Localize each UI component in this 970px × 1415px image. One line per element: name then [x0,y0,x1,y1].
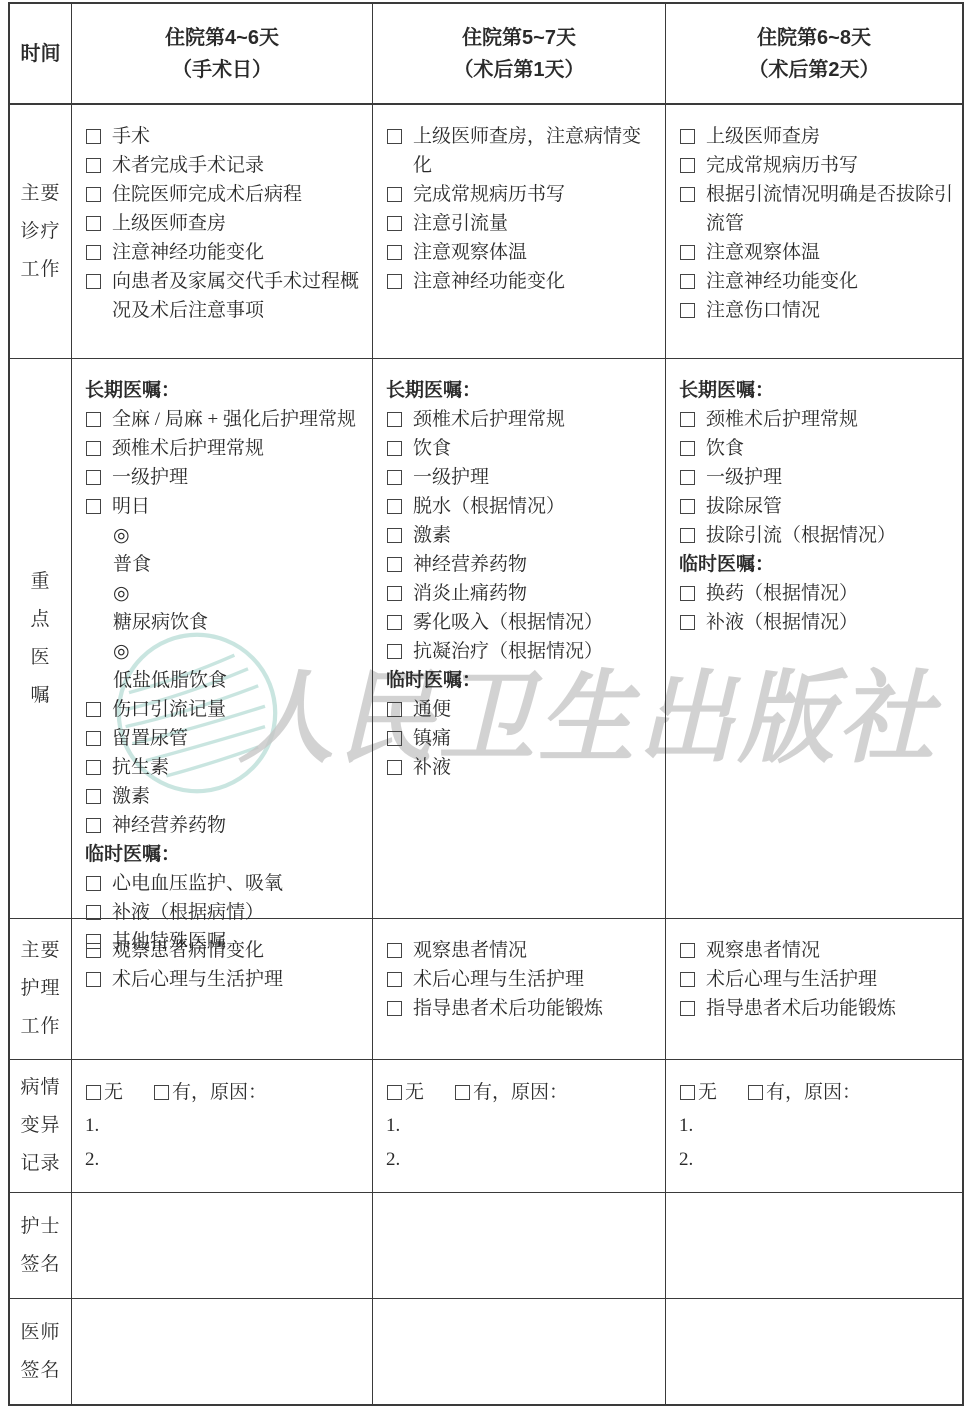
checklist-item-label: 神经营养药物 [112,811,366,840]
checklist-item: 观察患者情况 [386,936,659,965]
variation-choice: 无 [85,1077,123,1109]
checkbox-icon[interactable] [86,731,101,746]
row-label-main-treatment-work: 主要诊疗工作 [10,105,72,359]
numbered-blank-line: 1. [386,1109,659,1143]
key-orders-cell-day1: 长期医嘱：全麻 / 局麻 + 强化后护理常规颈椎术后护理常规一级护理明日◎普食◎… [72,359,373,919]
checkbox-icon[interactable] [86,158,101,173]
checklist-item: 观察患者病情变化 [85,936,366,965]
checkbox-icon[interactable] [680,1001,695,1016]
checklist-item-label: 颈椎术后护理常规 [413,405,659,434]
checkbox-icon[interactable] [387,216,402,231]
checklist-item: 饮食 [679,434,956,463]
row-label-line: 变异 [20,1107,60,1145]
header-time-cell: 时间 [10,4,72,105]
checklist-item-label: 颈椎术后护理常规 [706,405,956,434]
checklist-item: 激素 [386,521,659,550]
checkbox-icon[interactable] [387,1085,402,1100]
checkbox-icon[interactable] [387,245,402,260]
main-nursing-work-cell-day1: 观察患者病情变化术后心理与生活护理 [72,919,373,1060]
row-label-line: 主要 [20,932,60,970]
checklist-item-label: 神经营养药物 [413,550,659,579]
checklist-item: 颈椎术后护理常规 [85,434,366,463]
checklist-item-label: 注意神经功能变化 [413,267,659,296]
orders-section-heading: 长期医嘱： [386,376,659,405]
checklist-item-label: 全麻 / 局麻 + 强化后护理常规 [112,405,366,434]
checklist-item: 颈椎术后护理常规 [679,405,956,434]
row-label-line: 重 [30,563,50,601]
header-day-col-3: 住院第6~8天 （术后第2天） [666,4,962,105]
row-label-doctor-signature: 医师签名 [10,1299,72,1404]
checklist-item-label: 注意神经功能变化 [112,238,366,267]
checklist-item-label: 指导患者术后功能锻炼 [413,994,659,1023]
nurse-signature-cell-day1 [72,1193,373,1299]
diet-option-item: ◎低盐低脂饮食 [85,637,366,695]
checklist-item-label: 上级医师查房 [706,122,956,151]
checklist-item-label: 手术 [112,122,366,151]
header-col3-title: 住院第6~8天 [757,22,871,54]
checklist-item: 术者完成手术记录 [85,151,366,180]
checklist-item-label: 消炎止痛药物 [413,579,659,608]
main-nursing-work-cell-day3: 观察患者情况术后心理与生活护理指导患者术后功能锻炼 [666,919,962,1060]
variation-choice-line: 无有，原因： [679,1077,956,1109]
orders-section-heading: 长期医嘱： [679,376,956,405]
row-label-line: 诊疗 [20,213,60,251]
checklist-item: 雾化吸入（根据情况） [386,608,659,637]
checkbox-icon[interactable] [387,557,402,572]
checklist-item-label: 注意伤口情况 [706,296,956,325]
checkbox-icon[interactable] [387,586,402,601]
checkbox-icon[interactable] [387,1001,402,1016]
checklist-item: 向患者及家属交代手术过程概况及术后注意事项 [85,267,366,325]
variation-choice-line: 无有，原因： [85,1077,366,1109]
checkbox-icon[interactable] [86,818,101,833]
checklist-item-label: 雾化吸入（根据情况） [413,608,659,637]
checklist-item: 术后心理与生活护理 [386,965,659,994]
checklist-item: 观察患者情况 [679,936,956,965]
variation-choice-label: 有，原因： [172,1077,267,1109]
variation-choice-label: 无 [104,1077,123,1109]
checklist-item: 完成常规病历书写 [679,151,956,180]
checklist-item-label: 颈椎术后护理常规 [112,434,366,463]
checkbox-icon[interactable] [387,470,402,485]
checklist-item-label: 注意观察体温 [706,238,956,267]
variation-choice: 无 [679,1077,717,1109]
checkbox-icon[interactable] [86,876,101,891]
variation-choice-line: 无有，原因： [386,1077,659,1109]
checklist-item: 一级护理 [85,463,366,492]
numbered-blank-line: 2. [386,1143,659,1177]
checklist-item: 指导患者术后功能锻炼 [386,994,659,1023]
row-label-line: 医 [30,639,50,677]
checkbox-icon[interactable] [680,615,695,630]
doctor-signature-cell-day1 [72,1299,373,1404]
doctor-signature-cell-day2 [373,1299,666,1404]
checkbox-icon[interactable] [86,702,101,717]
orders-section-heading: 临时医嘱： [679,550,956,579]
checklist-item: 注意神经功能变化 [85,238,366,267]
checkbox-icon[interactable] [86,943,101,958]
checkbox-icon[interactable] [680,274,695,289]
header-time-label: 时间 [21,38,61,70]
variation-choice: 有，原因： [747,1077,861,1109]
checkbox-icon[interactable] [86,760,101,775]
checklist-item-label: 抗凝治疗（根据情况） [413,637,659,666]
checklist-item: 手术 [85,122,366,151]
row-label-line: 点 [30,601,50,639]
checkbox-icon[interactable] [680,129,695,144]
checklist-item-label: 拔除尿管 [706,492,956,521]
checkbox-icon[interactable] [86,187,101,202]
checklist-item-label: 术后心理与生活护理 [112,965,366,994]
row-label-line: 护士 [20,1208,60,1246]
double-circle-icon: ◎ [113,637,365,666]
checklist-item: 留置尿管 [85,724,366,753]
orders-section-heading: 长期医嘱： [85,376,366,405]
checklist-item-label: 脱水（根据情况） [413,492,659,521]
checklist-item: 术后心理与生活护理 [85,965,366,994]
checklist-item: 注意观察体温 [386,238,659,267]
checklist-item-label: 明日 [112,492,366,521]
checklist-item: 饮食 [386,434,659,463]
checkbox-icon[interactable] [680,158,695,173]
checkbox-icon[interactable] [86,216,101,231]
checklist-item-label: 心电血压监护、吸氧 [112,869,366,898]
checklist-item: 注意伤口情况 [679,296,956,325]
checklist-item: 伤口引流记量 [85,695,366,724]
checklist-item: 抗生素 [85,753,366,782]
checklist-item-label: 激素 [112,782,366,811]
row-label-line: 签名 [20,1246,60,1284]
checklist-item-label: 饮食 [413,434,659,463]
checkbox-icon[interactable] [387,499,402,514]
checklist-item: 根据引流情况明确是否拔除引流管 [679,180,956,238]
condition-variation-record-cell-day2: 无有，原因：1.2. [373,1060,666,1193]
checklist-item: 消炎止痛药物 [386,579,659,608]
checklist-item-label: 术后心理与生活护理 [413,965,659,994]
checkbox-icon[interactable] [86,1085,101,1100]
row-label-nurse-signature: 护士签名 [10,1193,72,1299]
checklist-item-label: 住院医师完成术后病程 [112,180,366,209]
checklist-item-label: 观察患者病情变化 [112,936,366,965]
checkbox-icon[interactable] [387,129,402,144]
checklist-item: 拔除尿管 [679,492,956,521]
checklist-item: 注意观察体温 [679,238,956,267]
diet-option-label: 普食 [113,554,151,575]
header-day-col-2: 住院第5~7天 （术后第1天） [373,4,666,105]
checklist-item: 指导患者术后功能锻炼 [679,994,956,1023]
checklist-item: 换药（根据情况） [679,579,956,608]
checklist-item-label: 补液（根据情况） [706,608,956,637]
double-circle-icon: ◎ [113,579,365,608]
checklist-item-label: 抗生素 [112,753,366,782]
row-label-line: 医师 [20,1314,60,1352]
checklist-item: 住院医师完成术后病程 [85,180,366,209]
checkbox-icon[interactable] [455,1085,470,1100]
checklist-item: 上级医师查房 [85,209,366,238]
checklist-item: 上级医师查房，注意病情变化 [386,122,659,180]
checklist-item: 术后心理与生活护理 [679,965,956,994]
numbered-blank-line: 1. [85,1109,366,1143]
checklist-item: 激素 [85,782,366,811]
checkbox-icon[interactable] [387,943,402,958]
checkbox-icon[interactable] [86,274,101,289]
main-nursing-work-cell-day2: 观察患者情况术后心理与生活护理指导患者术后功能锻炼 [373,919,666,1060]
checklist-item-label: 一级护理 [706,463,956,492]
checklist-item-label: 术者完成手术记录 [112,151,366,180]
variation-choice: 有，原因： [454,1077,568,1109]
checkbox-icon[interactable] [387,528,402,543]
checkbox-icon[interactable] [387,731,402,746]
row-label-condition-variation-record: 病情变异记录 [10,1060,72,1193]
checklist-item: 抗凝治疗（根据情况） [386,637,659,666]
checkbox-icon[interactable] [86,412,101,427]
checklist-item-label: 激素 [413,521,659,550]
row-label-line: 护理 [20,970,60,1008]
condition-variation-record-cell-day1: 无有，原因：1.2. [72,1060,373,1193]
condition-variation-record-cell-day3: 无有，原因：1.2. [666,1060,962,1193]
checklist-item-label: 观察患者情况 [706,936,956,965]
checklist-item-label: 上级医师查房，注意病情变化 [413,122,659,180]
variation-choice-label: 无 [405,1077,424,1109]
numbered-blank-line: 2. [85,1143,366,1177]
checklist-item: 拔除引流（根据情况） [679,521,956,550]
checkbox-icon[interactable] [680,1085,695,1100]
checklist-item: 通便 [386,695,659,724]
checklist-item: 注意神经功能变化 [679,267,956,296]
diet-option-label: 糖尿病饮食 [113,612,208,633]
main-treatment-work-cell-day1: 手术术者完成手术记录住院医师完成术后病程上级医师查房注意神经功能变化向患者及家属… [72,105,373,359]
checkbox-icon[interactable] [387,644,402,659]
checklist-item-label: 向患者及家属交代手术过程概况及术后注意事项 [112,267,366,325]
variation-choice: 有，原因： [153,1077,267,1109]
checklist-item-label: 一级护理 [112,463,366,492]
checklist-item: 颈椎术后护理常规 [386,405,659,434]
checklist-item-label: 根据引流情况明确是否拔除引流管 [706,180,956,238]
main-treatment-work-cell-day3: 上级医师查房完成常规病历书写根据引流情况明确是否拔除引流管注意观察体温注意神经功… [666,105,962,359]
checkbox-icon[interactable] [680,303,695,318]
nurse-signature-cell-day3 [666,1193,962,1299]
checklist-item-label: 术后心理与生活护理 [706,965,956,994]
variation-choice-label: 无 [698,1077,717,1109]
checklist-item: 镇痛 [386,724,659,753]
clinical-pathway-table: 时间 住院第4~6天 （手术日） 住院第5~7天 （术后第1天） 住院第6~8天… [8,2,964,1406]
row-label-line: 主要 [20,175,60,213]
checklist-item-label: 注意引流量 [413,209,659,238]
checkbox-icon[interactable] [86,499,101,514]
checklist-item: 完成常规病历书写 [386,180,659,209]
double-circle-icon: ◎ [113,521,365,550]
checkbox-icon[interactable] [86,972,101,987]
checklist-item-label: 完成常规病历书写 [706,151,956,180]
header-col3-subtitle: （术后第2天） [748,54,879,86]
checkbox-icon[interactable] [748,1085,763,1100]
row-label-line: 记录 [20,1145,60,1183]
checkbox-icon[interactable] [680,441,695,456]
row-label-line: 病情 [20,1069,60,1107]
checklist-item-label: 饮食 [706,434,956,463]
row-label-main-nursing-work: 主要护理工作 [10,919,72,1060]
checkbox-icon[interactable] [154,1085,169,1100]
diet-option-label: 低盐低脂饮食 [113,670,227,691]
diet-option-item: ◎普食 [85,521,366,579]
checkbox-icon[interactable] [86,129,101,144]
checklist-item: 补液 [386,753,659,782]
checklist-item-label: 一级护理 [413,463,659,492]
header-day-col-1: 住院第4~6天 （手术日） [72,4,373,105]
checklist-item: 注意神经功能变化 [386,267,659,296]
checklist-item: 神经营养药物 [386,550,659,579]
checkbox-icon[interactable] [86,245,101,260]
nurse-signature-cell-day2 [373,1193,666,1299]
row-label-line: 签名 [20,1352,60,1390]
main-treatment-work-cell-day2: 上级医师查房，注意病情变化完成常规病历书写注意引流量注意观察体温注意神经功能变化 [373,105,666,359]
orders-section-heading: 临时医嘱： [85,840,366,869]
checklist-item-label: 换药（根据情况） [706,579,956,608]
numbered-blank-line: 1. [679,1109,956,1143]
checkbox-icon[interactable] [680,412,695,427]
header-col1-title: 住院第4~6天 [165,22,279,54]
checklist-item-label: 注意神经功能变化 [706,267,956,296]
checkbox-icon[interactable] [680,187,695,202]
checkbox-icon[interactable] [680,528,695,543]
orders-section-heading: 临时医嘱： [386,666,659,695]
checkbox-icon[interactable] [387,760,402,775]
checklist-item-label: 伤口引流记量 [112,695,366,724]
checklist-item: 心电血压监护、吸氧 [85,869,366,898]
checkbox-icon[interactable] [680,499,695,514]
checklist-item-label: 拔除引流（根据情况） [706,521,956,550]
checklist-item-label: 补液 [413,753,659,782]
checklist-item: 全麻 / 局麻 + 强化后护理常规 [85,405,366,434]
checkbox-icon[interactable] [680,470,695,485]
key-orders-cell-day2: 长期医嘱：颈椎术后护理常规饮食一级护理脱水（根据情况）激素神经营养药物消炎止痛药… [373,359,666,919]
variation-choice: 无 [386,1077,424,1109]
diet-option-item: ◎糖尿病饮食 [85,579,366,637]
checkbox-icon[interactable] [387,187,402,202]
checkbox-icon[interactable] [86,441,101,456]
checkbox-icon[interactable] [680,245,695,260]
numbered-blank-line: 2. [679,1143,956,1177]
checklist-item-label: 留置尿管 [112,724,366,753]
header-col2-subtitle: （术后第1天） [453,54,584,86]
checklist-item: 神经营养药物 [85,811,366,840]
checklist-item-label: 通便 [413,695,659,724]
checkbox-icon[interactable] [387,441,402,456]
checklist-item-label: 注意观察体温 [413,238,659,267]
header-col2-title: 住院第5~7天 [462,22,576,54]
checklist-item-label: 上级医师查房 [112,209,366,238]
checkbox-icon[interactable] [387,274,402,289]
variation-choice-label: 有，原因： [473,1077,568,1109]
checklist-item: 一级护理 [679,463,956,492]
checkbox-icon[interactable] [86,789,101,804]
variation-choice-label: 有，原因： [766,1077,861,1109]
checklist-item: 补液（根据情况） [679,608,956,637]
doctor-signature-cell-day3 [666,1299,962,1404]
checklist-item: 一级护理 [386,463,659,492]
checklist-item-label: 观察患者情况 [413,936,659,965]
key-orders-cell-day3: 长期医嘱：颈椎术后护理常规饮食一级护理拔除尿管拔除引流（根据情况）临时医嘱：换药… [666,359,962,919]
checkbox-icon[interactable] [387,972,402,987]
checklist-item: 明日 [85,492,366,521]
checkbox-icon[interactable] [86,905,101,920]
checkbox-icon[interactable] [680,972,695,987]
checkbox-icon[interactable] [387,615,402,630]
checklist-item: 上级医师查房 [679,122,956,151]
checkbox-icon[interactable] [387,702,402,717]
row-label-line: 工作 [20,1008,60,1046]
checklist-item-label: 指导患者术后功能锻炼 [706,994,956,1023]
row-label-line: 工作 [20,251,60,289]
checklist-item-label: 完成常规病历书写 [413,180,659,209]
checklist-item-label: 镇痛 [413,724,659,753]
checkbox-icon[interactable] [680,586,695,601]
row-label-key-orders: 重点医嘱 [10,359,72,919]
header-col1-subtitle: （手术日） [172,54,272,86]
checklist-item: 注意引流量 [386,209,659,238]
checkbox-icon[interactable] [387,412,402,427]
row-label-line: 嘱 [30,677,50,715]
checkbox-icon[interactable] [86,470,101,485]
checkbox-icon[interactable] [680,943,695,958]
checklist-item: 脱水（根据情况） [386,492,659,521]
